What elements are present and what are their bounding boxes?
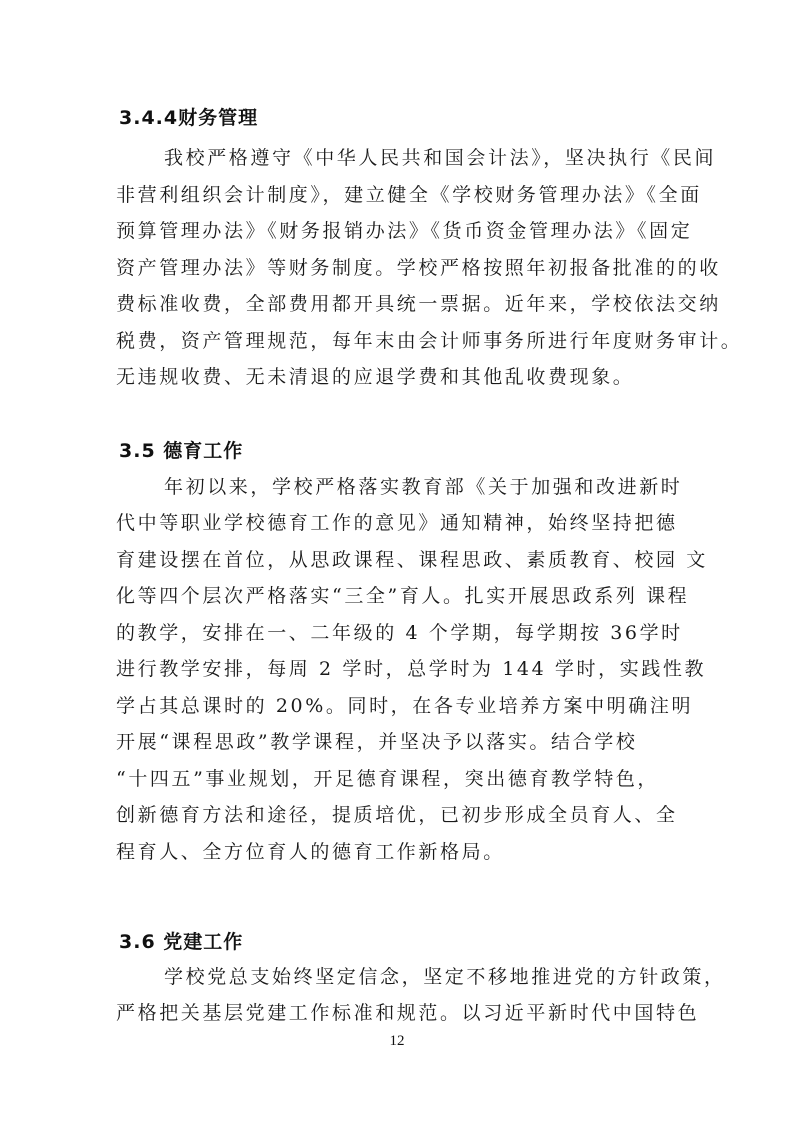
page-number: 12 (0, 1033, 794, 1050)
paragraph-line: 预算管理办法》《财务报销办法》《货币资金管理办法》《固定 (116, 216, 706, 243)
paragraph-line: 无违规收费、无未清退的应退学费和其他乱收费现象。 (116, 362, 706, 389)
paragraph-line: 费标准收费，全部费用都开具统一票据。近年来，学校依法交纳 (116, 289, 706, 316)
document-page: 3.4.4财务管理 我校严格遵守《中华人民共和国会计法》，坚决执行《民间 非营利… (0, 0, 794, 1122)
paragraph-line: 学校党总支始终坚定信念，坚定不移地推进党的方针政策， (164, 962, 754, 989)
paragraph-line: 资产管理办法》等财务制度。学校严格按照年初报备批准的的收 (116, 253, 706, 280)
section-heading-finance: 3.4.4财务管理 (119, 103, 258, 130)
paragraph-line: 程育人、全方位育人的德育工作新格局。 (116, 837, 706, 864)
paragraph-line: 我校严格遵守《中华人民共和国会计法》，坚决执行《民间 (164, 143, 754, 170)
section-heading-party-building: 3.6 党建工作 (119, 927, 243, 954)
paragraph-line: 进行教学安排，每周 2 学时，总学时为 144 学时，实践性教 (116, 654, 706, 681)
paragraph-line: “十四五”事业规划，开足德育课程，突出德育教学特色， (116, 764, 706, 791)
paragraph-line: 育建设摆在首位，从思政课程、课程思政、素质教育、校园 文 (116, 545, 706, 572)
paragraph-line: 的教学，安排在一、二年级的 4 个学期，每学期按 36学时 (116, 618, 706, 645)
paragraph-line: 年初以来，学校严格落实教育部《关于加强和改进新时 (164, 472, 754, 499)
paragraph-line: 创新德育方法和途径，提质培优，已初步形成全员育人、全 (116, 800, 706, 827)
paragraph-line: 税费，资产管理规范，每年末由会计师事务所进行年度财务审计。 (116, 326, 706, 353)
paragraph-line: 学占其总课时的 20%。同时，在各专业培养方案中明确注明 (116, 691, 706, 718)
paragraph-line: 严格把关基层党建工作标准和规范。以习近平新时代中国特色 (116, 998, 706, 1025)
paragraph-line: 非营利组织会计制度》，建立健全《学校财务管理办法》《全面 (116, 180, 706, 207)
paragraph-line: 代中等职业学校德育工作的意见》通知精神，始终坚持把德 (116, 508, 706, 535)
paragraph-line: 开展“课程思政”教学课程，并坚决予以落实。结合学校 (116, 727, 706, 754)
paragraph-line: 化等四个层次严格落实“三全”育人。扎实开展思政系列 课程 (116, 581, 706, 608)
section-heading-moral-education: 3.5 德育工作 (119, 436, 243, 463)
